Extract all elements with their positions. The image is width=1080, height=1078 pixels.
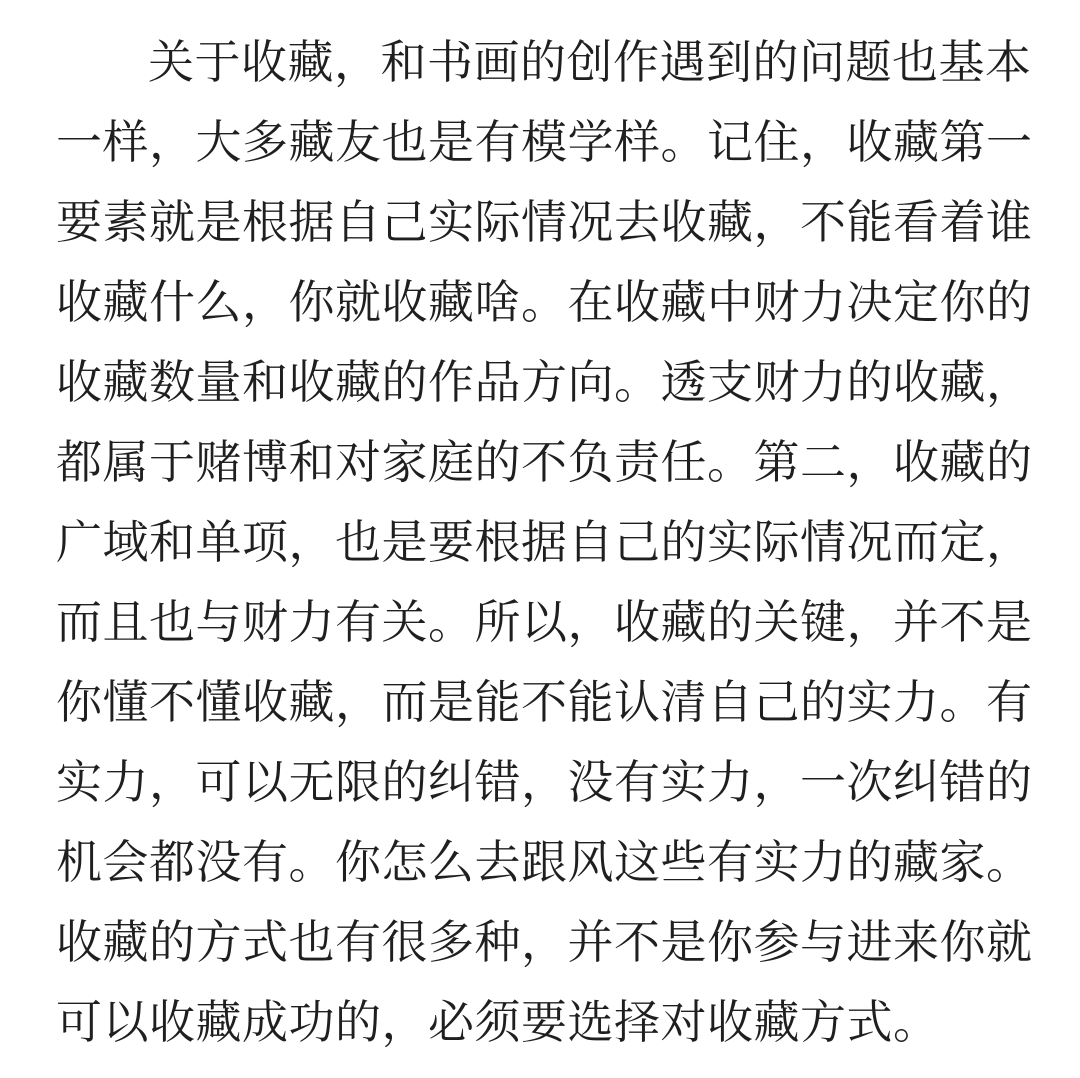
text-line: 一样，大多藏友也是有模学样。记住，收藏第一 bbox=[56, 102, 1026, 182]
text-line: 收藏什么，你就收藏啥。在收藏中财力决定你的 bbox=[56, 262, 1026, 342]
text-line: 收藏数量和收藏的作品方向。透支财力的收藏， bbox=[56, 342, 1026, 422]
text-line: 机会都没有。你怎么去跟风这些有实力的藏家。 bbox=[56, 822, 1026, 902]
text-line: 收藏的方式也有很多种，并不是你参与进来你就 bbox=[56, 902, 1026, 982]
text-line: 而且也与财力有关。所以，收藏的关键，并不是 bbox=[56, 582, 1026, 662]
text-line: 关于收藏，和书画的创作遇到的问题也基本 bbox=[56, 22, 1026, 102]
text-line: 可以收藏成功的，必须要选择对收藏方式。 bbox=[56, 982, 1026, 1062]
text-line: 广域和单项，也是要根据自己的实际情况而定， bbox=[56, 502, 1026, 582]
text-line: 要素就是根据自己实际情况去收藏，不能看着谁 bbox=[56, 182, 1026, 262]
text-line: 你懂不懂收藏，而是能不能认清自己的实力。有 bbox=[56, 662, 1026, 742]
text-line: 实力，可以无限的纠错，没有实力，一次纠错的 bbox=[56, 742, 1026, 822]
text-line: 都属于赌博和对家庭的不负责任。第二，收藏的 bbox=[56, 422, 1026, 502]
article-text-block: 关于收藏，和书画的创作遇到的问题也基本 一样，大多藏友也是有模学样。记住，收藏第… bbox=[0, 0, 1080, 1062]
